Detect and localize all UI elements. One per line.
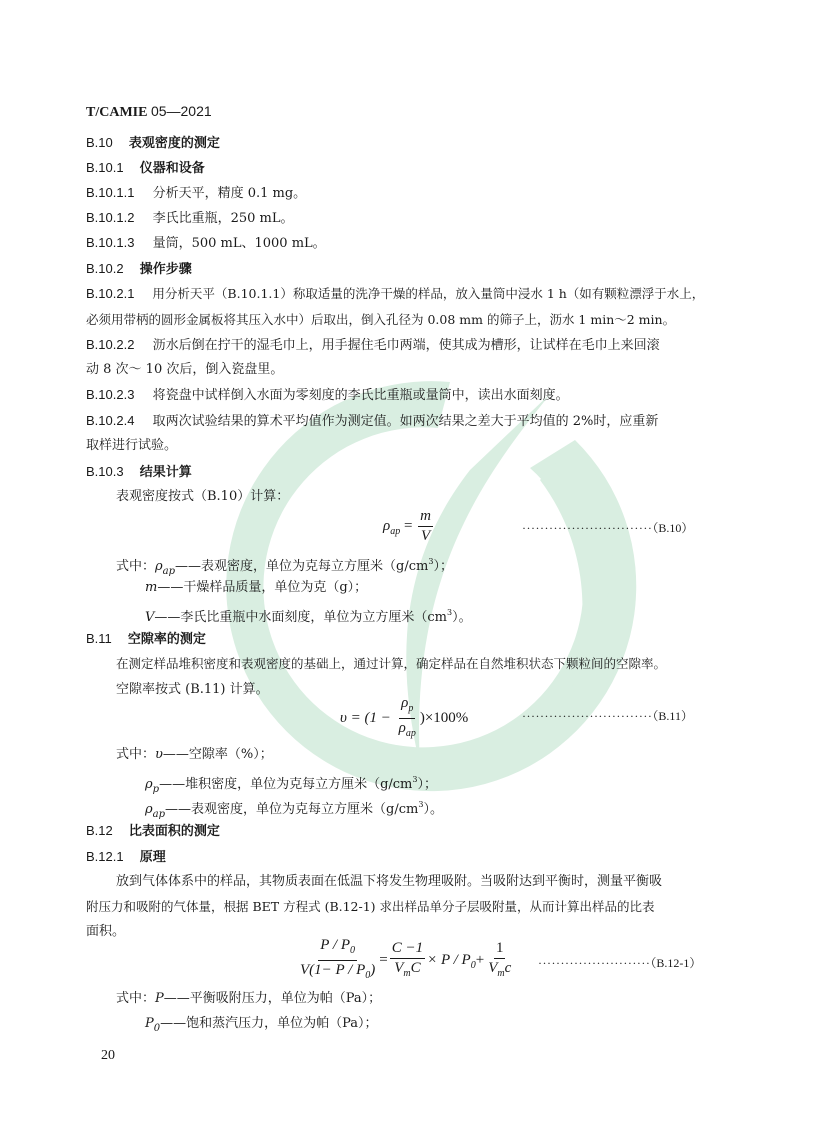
b10-3-intro: 表观密度按式（B.10）计算： bbox=[116, 488, 289, 506]
term: P / P bbox=[320, 937, 350, 953]
leader-dots: ····························· bbox=[522, 709, 652, 723]
where-prefix: 式中： bbox=[116, 991, 155, 1006]
symbol: ρ bbox=[145, 777, 153, 792]
where-b10-item3: V——李氏比重瓶中水面刻度，单位为立方厘米（cm3）。 bbox=[145, 604, 472, 627]
standard-header: T/CAMIE 05—2021 bbox=[86, 102, 212, 122]
definition: 表观密度，单位为克每立方厘米（g/cm bbox=[191, 802, 418, 817]
section-number: B.12.1 bbox=[86, 849, 124, 864]
section-title: 表观密度的测定 bbox=[129, 136, 220, 151]
page-number: 20 bbox=[101, 1048, 115, 1064]
equation-number: （B.11） bbox=[652, 709, 693, 723]
where-prefix: 式中： bbox=[116, 747, 155, 762]
dash: —— bbox=[160, 1016, 186, 1031]
clause-text: 李氏比重瓶，250 mL。 bbox=[153, 211, 294, 226]
clause-number: B.10.2.2 bbox=[86, 337, 134, 352]
section-number: B.10.1 bbox=[86, 160, 124, 175]
definition: 空隙率（%）； bbox=[189, 747, 273, 762]
formula-subscript: ap bbox=[390, 526, 400, 537]
where-b11-item2: ρp——堆积密度，单位为克每立方厘米（g/cm3）； bbox=[145, 771, 437, 799]
section-title: 仪器和设备 bbox=[140, 161, 205, 176]
equation-number: （B.10） bbox=[652, 521, 693, 535]
fraction-left: P / P0 V(1− P / P0) bbox=[298, 937, 377, 984]
term: V bbox=[394, 960, 403, 976]
symbol: ρ bbox=[145, 802, 153, 817]
section-number: B.12 bbox=[86, 823, 113, 838]
clause-b10-1-2: B.10.1.2 李氏比重瓶，250 mL。 bbox=[86, 209, 293, 228]
clause-b10-2-1-line2: 必须用带柄的圆形金属板将其压入水中）后取出，倒入孔径为 0.08 mm 的筛子上… bbox=[86, 311, 675, 329]
section-title: 空隙率的测定 bbox=[128, 632, 206, 647]
denominator: V bbox=[419, 527, 432, 545]
definition: 堆积密度，单位为克每立方厘米（g/cm bbox=[185, 777, 412, 792]
dash: —— bbox=[159, 777, 185, 792]
symbol: P bbox=[155, 991, 164, 1006]
denominator: VmC bbox=[392, 959, 422, 982]
term: ) bbox=[370, 962, 375, 978]
term: c bbox=[505, 960, 512, 976]
dash: —— bbox=[165, 802, 191, 817]
definition: 表观密度，单位为克每立方厘米（g/cm bbox=[201, 559, 428, 574]
definition: 饱和蒸汽压力，单位为帕（Pa）； bbox=[186, 1016, 377, 1031]
section-b12-1-heading: B.12.1 原理 bbox=[86, 848, 166, 867]
numerator: ρp bbox=[399, 695, 415, 719]
definition-end: ）； bbox=[417, 777, 437, 792]
clause-number: B.10.1.3 bbox=[86, 235, 134, 250]
clause-number: B.10.1.1 bbox=[86, 185, 134, 200]
symbol-subscript: ap bbox=[163, 566, 175, 577]
section-number: B.10.2 bbox=[86, 261, 124, 276]
b12-1-para-line1: 放到气体体系中的样品，其物质表面在低温下将发生物理吸附。当吸附达到平衡时，测量平… bbox=[116, 873, 662, 891]
formula-b11: υ = (1 − ρp ρap )×100% bbox=[340, 695, 468, 742]
dash: —— bbox=[164, 991, 190, 1006]
symbol: V bbox=[145, 610, 154, 625]
symbol: P bbox=[145, 1016, 154, 1031]
section-b10-2-heading: B.10.2 操作步骤 bbox=[86, 260, 192, 279]
section-b11-heading: B.11 空隙率的测定 bbox=[86, 630, 206, 649]
where-b12-1-item2: P0——饱和蒸汽压力，单位为帕（Pa）； bbox=[145, 1015, 378, 1038]
b11-para1: 在测定样品堆积密度和表观密度的基础上，通过计算，确定样品在自然堆积状态下颗粒间的… bbox=[116, 655, 666, 673]
clause-b10-2-3: B.10.2.3 将瓷盘中试样倒入水面为零刻度的李氏比重瓶或量筒中，读出水面刻度… bbox=[86, 386, 569, 405]
dash: —— bbox=[163, 747, 189, 762]
definition: 平衡吸附压力，单位为帕（Pa）； bbox=[190, 991, 381, 1006]
equation-ref-b10: ·····························（B.10） bbox=[522, 519, 693, 536]
equation-ref-b11: ·····························（B.11） bbox=[522, 707, 693, 724]
formula-b12-1: P / P0 V(1− P / P0) = C −1 VmC × P / P0+… bbox=[296, 937, 515, 984]
section-title: 比表面积的测定 bbox=[129, 824, 220, 839]
section-number: B.10.3 bbox=[86, 464, 124, 479]
document-page: T/CAMIE 05—2021 B.10 表观密度的测定 B.10.1 仪器和设… bbox=[0, 0, 816, 1145]
section-title: 结果计算 bbox=[140, 465, 192, 480]
clause-b10-2-1-line1: B.10.2.1 用分析天平（B.10.1.1）称取适量的洗净干燥的样品，放入量… bbox=[86, 285, 704, 303]
clause-text: 量筒，500 mL、1000 mL。 bbox=[153, 236, 326, 251]
fraction: m V bbox=[418, 508, 433, 545]
standard-number: 05—2021 bbox=[151, 103, 212, 119]
leader-dots: ····························· bbox=[522, 521, 652, 535]
where-b10-item1: 式中：ρap——表观密度，单位为克每立方厘米（g/cm3）； bbox=[116, 553, 453, 581]
clause-number: B.10.2.3 bbox=[86, 387, 134, 402]
leader-dots: ························· bbox=[538, 956, 650, 970]
section-b10-3-heading: B.10.3 结果计算 bbox=[86, 463, 192, 482]
equation-ref-b12-1: ·························（B.12-1） bbox=[538, 954, 701, 971]
symbol: m bbox=[145, 580, 157, 595]
dash: —— bbox=[154, 610, 180, 625]
term: V(1− P / P bbox=[300, 962, 365, 978]
clause-b10-2-2-line2: 动 8 次～ 10 次后，倒入瓷盘里。 bbox=[86, 361, 283, 379]
clause-text: 分析天平，精度 0.1 mg。 bbox=[153, 186, 307, 201]
clause-b10-2-4-line1: B.10.2.4 取两次试验结果的算术平均值作为测定值。如两次结果之差大于平均值… bbox=[86, 412, 658, 431]
where-prefix: 式中： bbox=[116, 559, 155, 574]
clause-text: 取两次试验结果的算术平均值作为测定值。如两次结果之差大于平均值的 2%时，应重新 bbox=[153, 414, 659, 429]
rho-symbol: ρ bbox=[399, 720, 406, 736]
term: C bbox=[411, 960, 421, 976]
clause-number: B.10.2.4 bbox=[86, 413, 134, 428]
clause-number: B.10.1.2 bbox=[86, 210, 134, 225]
formula-b10: ρap = m V bbox=[383, 508, 435, 545]
numerator: m bbox=[418, 508, 433, 527]
standard-id: T/CAMIE bbox=[86, 105, 147, 120]
term: V bbox=[488, 960, 497, 976]
subscript: 0 bbox=[350, 945, 355, 956]
section-number: B.10 bbox=[86, 135, 113, 150]
equals-sign: = bbox=[404, 518, 412, 534]
formula-tail: )×100% bbox=[420, 710, 468, 726]
subscript: p bbox=[408, 703, 413, 714]
dash: —— bbox=[175, 559, 201, 574]
definition: 李氏比重瓶中水面刻度，单位为立方厘米（cm bbox=[180, 610, 447, 625]
numerator: 1 bbox=[494, 940, 506, 959]
b11-para2: 空隙率按式 (B.11) 计算。 bbox=[116, 681, 269, 699]
section-b10-heading: B.10 表观密度的测定 bbox=[86, 134, 220, 153]
dash: —— bbox=[157, 580, 183, 595]
section-title: 原理 bbox=[140, 850, 166, 865]
fraction: ρp ρap bbox=[397, 695, 418, 742]
clause-text: 用分析天平（B.10.1.1）称取适量的洗净干燥的样品，放入量筒中浸水 1 h（… bbox=[152, 286, 704, 301]
numerator: P / P0 bbox=[318, 937, 357, 961]
denominator: Vmc bbox=[486, 959, 513, 982]
definition: 干燥样品质量，单位为克（g）； bbox=[183, 580, 367, 595]
where-b11-item1: 式中：υ——空隙率（%）； bbox=[116, 746, 273, 764]
term: × P / P bbox=[427, 952, 471, 968]
symbol: υ bbox=[155, 747, 163, 762]
clause-b10-2-4-line2: 取样进行试验。 bbox=[86, 437, 177, 455]
b12-1-para-line2: 附压力和吸附的气体量，根据 BET 方程式 (B.12-1) 求出样品单分子层吸… bbox=[86, 898, 655, 916]
where-b11-item3: ρap——表观密度，单位为克每立方厘米（g/cm3）。 bbox=[145, 796, 443, 824]
fraction-middle: C −1 VmC bbox=[390, 940, 425, 982]
fraction-right: 1 Vmc bbox=[486, 940, 513, 982]
symbol-subscript: ap bbox=[153, 809, 165, 820]
subscript: m bbox=[403, 968, 410, 979]
section-b12-heading: B.12 比表面积的测定 bbox=[86, 822, 220, 841]
definition-end: ）。 bbox=[452, 610, 472, 625]
plus-sign: + bbox=[476, 952, 484, 968]
subscript: ap bbox=[406, 728, 416, 739]
denominator: V(1− P / P0) bbox=[298, 961, 377, 984]
numerator: C −1 bbox=[390, 940, 425, 959]
subscript: m bbox=[497, 968, 504, 979]
section-number: B.11 bbox=[86, 631, 112, 646]
denominator: ρap bbox=[397, 719, 418, 742]
definition-end: ）。 bbox=[423, 802, 443, 817]
section-title: 操作步骤 bbox=[140, 262, 192, 277]
clause-text: 沥水后倒在拧干的湿毛巾上，用手握住毛巾两端，使其成为槽形，让试样在毛巾上来回滚 bbox=[153, 338, 660, 353]
clause-number: B.10.2.1 bbox=[86, 286, 134, 301]
where-b10-item2: m——干燥样品质量，单位为克（g）； bbox=[145, 579, 367, 597]
where-b12-1-item1: 式中：P——平衡吸附压力，单位为帕（Pa）； bbox=[116, 990, 381, 1008]
b12-1-para-line3: 面积。 bbox=[86, 923, 125, 941]
clause-text: 将瓷盘中试样倒入水面为零刻度的李氏比重瓶或量筒中，读出水面刻度。 bbox=[153, 388, 569, 403]
equals-sign: = bbox=[379, 952, 387, 968]
formula-lhs: υ = (1 − bbox=[340, 710, 391, 726]
definition-end: ）； bbox=[433, 559, 453, 574]
clause-b10-1-1: B.10.1.1 分析天平，精度 0.1 mg。 bbox=[86, 184, 306, 203]
clause-b10-1-3: B.10.1.3 量筒，500 mL、1000 mL。 bbox=[86, 234, 326, 253]
clause-b10-2-2-line1: B.10.2.2 沥水后倒在拧干的湿毛巾上，用手握住毛巾两端，使其成为槽形，让试… bbox=[86, 336, 660, 355]
section-b10-1-heading: B.10.1 仪器和设备 bbox=[86, 159, 205, 178]
equation-number: （B.12-1） bbox=[650, 956, 701, 970]
symbol: ρ bbox=[155, 559, 163, 574]
